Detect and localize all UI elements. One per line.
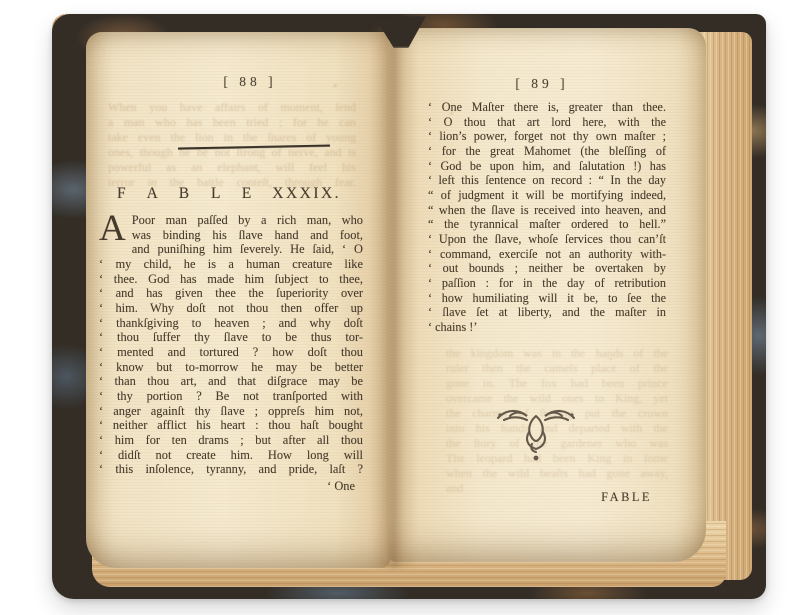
fable-text-line: ‘ and has given thee the ſuperiority ove…: [99, 286, 363, 301]
fable-text-line: ‘ left this ſentence on record : “ In th…: [428, 173, 666, 188]
page-89: [ 89 ] ‘ One Maſter there is, greater th…: [388, 28, 706, 562]
fable-lines-left: Poor man paſſed by a rich man, whowas bi…: [99, 213, 363, 477]
ghost-text-line: the kingdom was in the hands of the: [446, 346, 668, 361]
fable-text-line: ‘ One Maſter there is, greater than thee…: [428, 100, 666, 115]
fable-text-line: was binding his ſlave hand and foot,: [99, 228, 363, 243]
fable-text-line: ‘ how humiliating will it be, to ſee the: [428, 291, 666, 306]
page-number-left: [ 88 ]: [110, 74, 390, 90]
fable-text-line: “ when the ſlave is received into heaven…: [428, 203, 666, 218]
catchword-left: ‘ One: [99, 479, 355, 494]
drop-cap: A: [99, 214, 126, 243]
ghost-text-line: take even the lion in the ſnares of youn…: [108, 130, 356, 145]
tailpiece-ornament-drawing: [490, 400, 582, 462]
fable-heading-numeral: XXXIX.: [272, 185, 341, 202]
fable-text-line: ‘ my child, he is a human creature like: [99, 257, 363, 272]
fable-text-line: ‘ ſlave ſet at liberty, and the maſter i…: [428, 305, 666, 320]
fable-heading-word: F A B L E: [117, 185, 260, 202]
fable-text-line: ‘ thy portion ? Be not tranſported with: [99, 389, 363, 404]
fable-lines-right: ‘ One Maſter there is, greater than thee…: [428, 100, 666, 335]
open-book: [ 88 ] When you have affairs of moment, …: [52, 14, 766, 599]
fable-text-line: ‘ this inſolence, tyranny, and pride, la…: [99, 462, 363, 477]
fable-text-line: ‘ lion’s power, forget not thy own maſte…: [428, 129, 666, 144]
fable-text-line: ‘ paſſion : for in the day of retributio…: [428, 276, 666, 291]
fable-text-line: ‘ him. Why doſt not thou then offer up: [99, 301, 363, 316]
fable-text-line: ‘ Upon the ſlave, whoſe ſervices thou ca…: [428, 232, 666, 247]
fable-text-line: ‘ for the great Mahomet (the bleſſing of: [428, 144, 666, 159]
fable-text-line: ‘ thankſgiving to heaven ; and why doſt: [99, 316, 363, 331]
photo-background: [ 88 ] When you have affairs of moment, …: [0, 0, 800, 615]
page-number-right: [ 89 ]: [418, 76, 666, 92]
fable-text-line: ‘ thou ſuffer thy ſlave to be thus tor-: [99, 330, 363, 345]
fable-text-line: ‘ command, exerciſe not an authority wit…: [428, 247, 666, 262]
ghost-text-line: When you have affairs of moment, ſend: [108, 100, 356, 115]
fable-text-line: and puniſhing him ſeverely. He ſaid, ‘ O: [99, 242, 363, 257]
fable-heading: F A B L EXXXIX.: [96, 185, 362, 203]
fable-text-line: “ of judgment it will be mortifying inde…: [428, 188, 666, 203]
fable-text-line: ‘ didſt not create him. How long will: [99, 448, 363, 463]
ghost-text-line: when the wild beaſts had gone away,: [446, 466, 668, 481]
fable-text-line: ‘ him for ten drams ; but after all thou: [99, 433, 363, 448]
fable-text-line: ‘ chains !’: [428, 320, 666, 335]
section-rule: [178, 145, 330, 150]
fable-text-line: “ the tyrannical maſter ordered to hell.…: [428, 217, 666, 232]
fable-text-line: ‘ mented and tortured ? how doſt thou: [99, 345, 363, 360]
fable-text-line: ‘ anger againſt thy ſlave ; oppreſs him …: [99, 404, 363, 419]
fable-text-line: ‘ out bounds ; neither be overtaken by: [428, 261, 666, 276]
page-88: [ 88 ] When you have affairs of moment, …: [86, 32, 390, 568]
fable-text-line: Poor man paſſed by a rich man, who: [99, 213, 363, 228]
ghost-text-line: ruler then the camels place of the: [446, 361, 668, 376]
fable-text-left: A Poor man paſſed by a rich man, whowas …: [99, 213, 363, 477]
fable-text-line: ‘ than thou art, and that diſgrace may b…: [99, 374, 363, 389]
fable-text-line: ‘ neither afflict his heart : thou haſt …: [99, 418, 363, 433]
fable-text-right: ‘ One Maſter there is, greater than thee…: [428, 100, 666, 335]
catchword-right: FABLE: [428, 490, 652, 505]
ghost-text-line: a man who has been tried ; for he can: [108, 115, 356, 130]
fable-text-line: ‘ know but to-morrow he may be better: [99, 360, 363, 375]
ghost-text-line: gone in. The fox had been prince: [446, 376, 668, 391]
ghost-text-line: powerful as an elephant, will feel his: [108, 160, 356, 175]
fable-text-line: ‘ O thou that art lord here, with the: [428, 115, 666, 130]
tailpiece-ornament: [490, 400, 582, 462]
fable-text-line: ‘ thee. God has made him ſubject to thee…: [99, 272, 363, 287]
fable-text-line: ‘ God be upon him, and ſalutation !) has: [428, 159, 666, 174]
